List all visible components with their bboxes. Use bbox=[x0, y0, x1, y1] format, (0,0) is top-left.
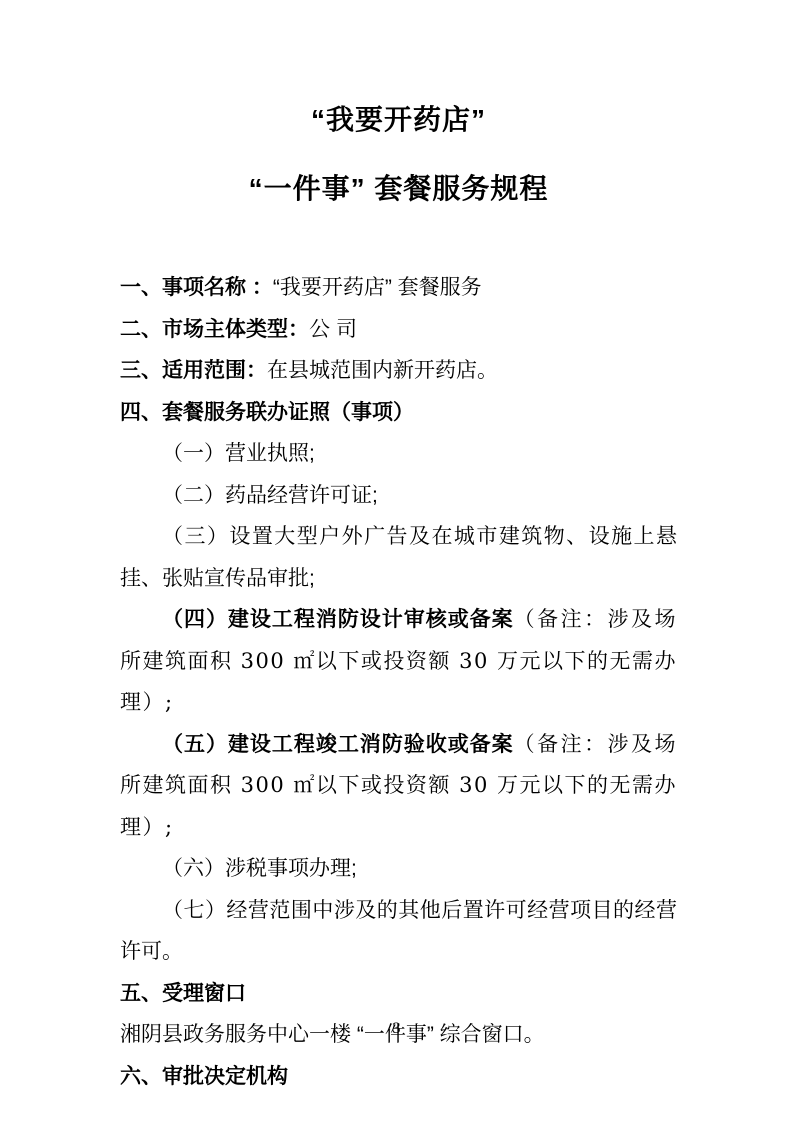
document-content: “我要开药店” “一件事” 套餐服务规程 一、事项名称 ：“我要开药店” 套餐服… bbox=[0, 0, 793, 1097]
list-item-3: （三）设置大型户外广告及在城市建筑物、设施上悬挂、张贴宣传品审批; bbox=[120, 516, 677, 599]
list-item-5: （五）建设工程竣工消防验收或备案（备注：涉及场所建筑面积 300 ㎡以下或投资额… bbox=[120, 724, 677, 849]
section-5-heading: 五、受理窗口 bbox=[120, 973, 677, 1015]
section-3-label: 三、适用范围： bbox=[120, 359, 267, 382]
list-item-4-main: （四）建设工程消防设计审核或备案 bbox=[162, 608, 514, 631]
doc-title-line2: “一件事” 套餐服务规程 bbox=[120, 175, 677, 203]
document-page: “我要开药店” “一件事” 套餐服务规程 一、事项名称 ：“我要开药店” 套餐服… bbox=[0, 0, 793, 1122]
section-1-label: 一、事项名称 ： bbox=[120, 276, 273, 299]
section-1-value: “我要开药店” 套餐服务 bbox=[273, 276, 482, 299]
list-item-6: （六）涉税事项办理; bbox=[120, 848, 677, 890]
section-2-value: 公司 bbox=[309, 317, 363, 341]
section-2-label: 二、市场主体类型： bbox=[120, 318, 309, 341]
document-body: 一、事项名称 ：“我要开药店” 套餐服务 二、市场主体类型：公司 三、适用范围：… bbox=[120, 267, 677, 1097]
section-4-heading: 四、套餐服务联办证照（事项） bbox=[120, 392, 677, 434]
list-item-4: （四）建设工程消防设计审核或备案（备注：涉及场所建筑面积 300 ㎡以下或投资额… bbox=[120, 599, 677, 724]
section-2-market-entity-type: 二、市场主体类型：公司 bbox=[120, 309, 677, 351]
list-item-5-main: （五）建设工程竣工消防验收或备案 bbox=[162, 733, 514, 756]
list-item-2: （二）药品经营许可证; bbox=[120, 475, 677, 517]
doc-title-line1: “我要开药店” bbox=[120, 106, 677, 134]
section-1-item-name: 一、事项名称 ：“我要开药店” 套餐服务 bbox=[120, 267, 677, 309]
list-item-1: （一）营业执照; bbox=[120, 433, 677, 475]
page-number: 3 bbox=[0, 1021, 793, 1037]
section-3-applicable-scope: 三、适用范围：在县城范围内新开药店。 bbox=[120, 350, 677, 392]
section-6-heading: 六、审批决定机构 bbox=[120, 1056, 677, 1098]
section-3-value: 在县城范围内新开药店。 bbox=[267, 359, 498, 382]
list-item-7: （七）经营范围中涉及的其他后置许可经营项目的经营许可。 bbox=[120, 890, 677, 973]
